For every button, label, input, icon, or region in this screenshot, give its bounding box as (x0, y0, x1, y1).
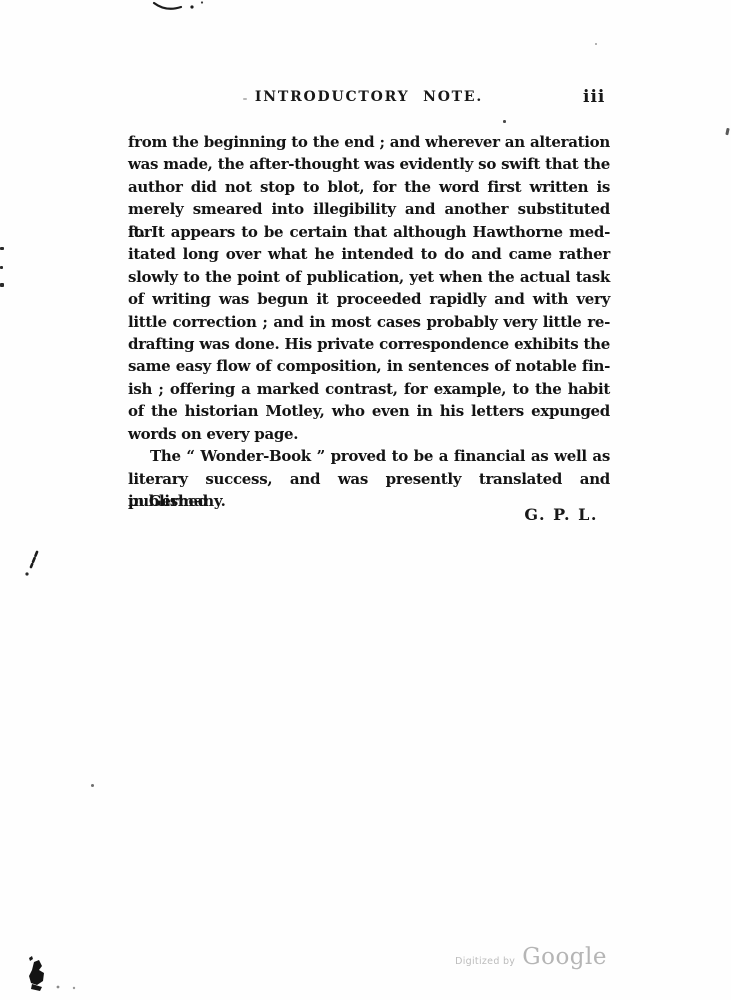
text-line: was made, the after-thought was evidentl… (128, 153, 610, 175)
pen-squiggle-mark (150, 0, 214, 16)
text-line: literary success, and was presently tran… (128, 468, 610, 490)
text-line: The “ Wonder-Book ” proved to be a finan… (128, 445, 610, 467)
text-line: merely smeared into illegibility and ano… (128, 198, 610, 220)
body-text: from the beginning to the end ; and wher… (128, 131, 610, 512)
text-line: of writing was begun it proceeded rapidl… (128, 288, 610, 310)
text-line: words on every page. (128, 423, 610, 445)
speck-mark (243, 98, 247, 100)
text-line: little correction ; and in most cases pr… (128, 311, 610, 333)
page-number: iii (583, 87, 613, 107)
edge-tick-mark (725, 128, 729, 135)
text-line: same easy flow of composition, in senten… (128, 355, 610, 377)
edge-ink-mark (0, 266, 3, 269)
google-logo: Google (522, 944, 607, 970)
author-initials: G. P. L. (128, 505, 610, 524)
text-line: drafting was done. His private correspon… (128, 333, 610, 355)
running-head-title: INTRODUCTORY NOTE. (128, 89, 610, 105)
digitized-by-google-watermark: Digitized by Google (455, 944, 607, 970)
speck-mark (91, 784, 94, 787)
digitized-by-label: Digitized by (455, 956, 515, 967)
text-line: of the historian Motley, who even in his… (128, 400, 610, 422)
speck-mark (503, 120, 506, 123)
scanned-book-page: INTRODUCTORY NOTE. iii from the beginnin… (0, 0, 731, 1000)
text-line: from the beginning to the end ; and wher… (128, 131, 610, 153)
text-line: slowly to the point of publication, yet … (128, 266, 610, 288)
page-header: INTRODUCTORY NOTE. (128, 89, 610, 105)
text-line: author did not stop to blot, for the wor… (128, 176, 610, 198)
text-line: itated long over what he intended to do … (128, 243, 610, 265)
text-line: ish ; offering a marked contrast, for ex… (128, 378, 610, 400)
speck-mark (595, 43, 597, 45)
text-line: it. It appears to be certain that althou… (128, 221, 610, 243)
edge-ink-mark (0, 247, 4, 250)
slash-ink-mark (22, 548, 46, 582)
edge-ink-mark (0, 283, 4, 287)
corner-ink-blob (24, 954, 80, 996)
